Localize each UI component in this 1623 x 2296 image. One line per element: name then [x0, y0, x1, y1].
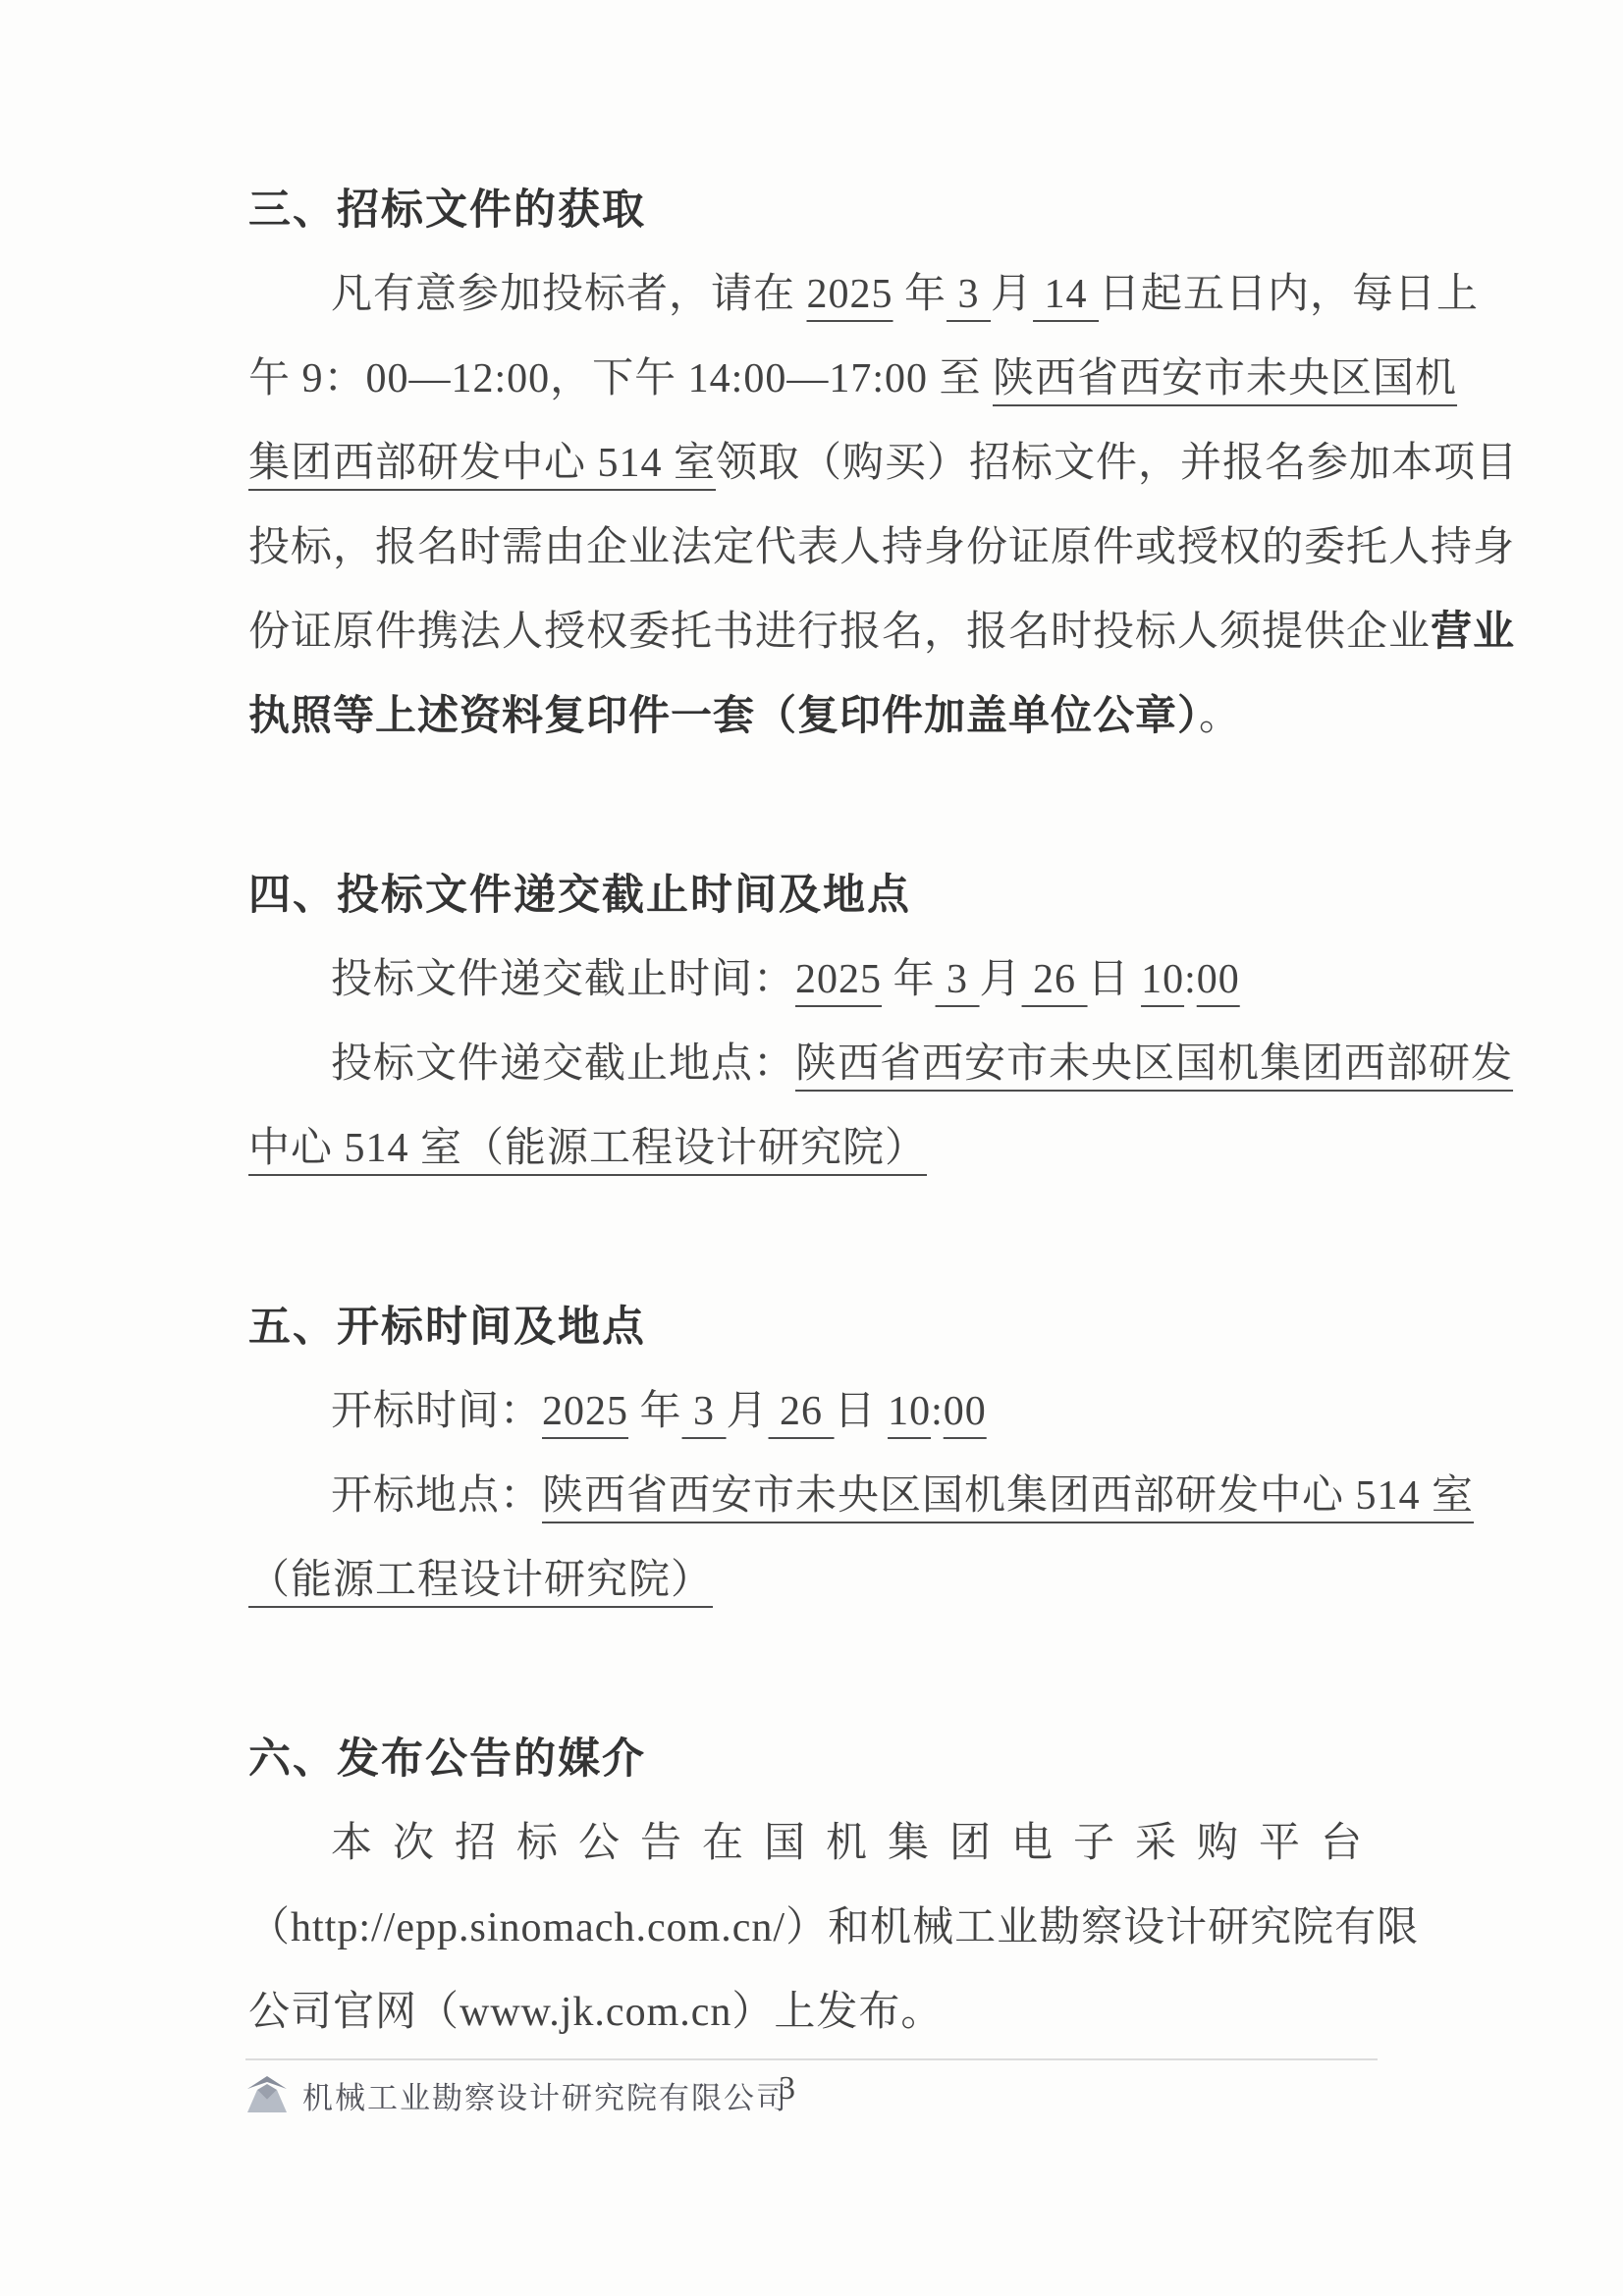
text-line: 投标文件递交截止时间：2025 年 3 月 26 日 10:00	[248, 937, 1378, 1022]
text-segment: （http://epp.sinomach.com.cn/）和机械工业勘察设计研究…	[248, 1905, 1419, 1950]
section-heading: 六、发布公告的媒介	[248, 1717, 1378, 1801]
text-line: 凡有意参加投标者，请在 2025 年 3 月 14 日起五日内，每日上	[248, 252, 1378, 337]
text-segment: :	[1184, 957, 1197, 1002]
text-segment: 领取（购买）招标文件，并报名参加本项目	[716, 441, 1518, 486]
text-segment: 开标地点：	[331, 1473, 542, 1519]
text-segment: 日起五日内，每日上	[1099, 272, 1479, 317]
text-segment: 公司官网（www.jk.com.cn）上发布。	[248, 1990, 943, 2035]
text-segment: 年	[882, 957, 936, 1002]
section-heading: 三、招标文件的获取	[248, 168, 1378, 252]
text-line: 本次招标公告在国机集团电子采购平台	[248, 1801, 1378, 1886]
underlined-text-segment: 10	[1141, 957, 1184, 1002]
text-line: 公司官网（www.jk.com.cn）上发布。	[248, 1970, 1378, 2055]
underlined-text-segment: 10	[888, 1389, 931, 1434]
text-segment: 开标时间：	[331, 1389, 542, 1434]
text-segment: 年	[628, 1389, 682, 1434]
underlined-text-segment: 3	[936, 957, 980, 1002]
page-number: 3	[779, 2070, 795, 2108]
text-line: 投标文件递交截止地点：陕西省西安市未央区国机集团西部研发	[248, 1022, 1378, 1106]
text-line: 投标，报名时需由企业法定代表人持身份证原件或授权的委托人持身	[248, 506, 1378, 590]
text-segment: 本次招标公告在国机集团电子采购平台	[331, 1821, 1382, 1866]
underlined-text-segment: 陕西省西安市未央区国机集团西部研发中心 514 室	[542, 1473, 1474, 1519]
page-footer: 机械工业勘察设计研究院有限公司 3	[245, 2058, 1378, 2120]
footer-content: 机械工业勘察设计研究院有限公司 3	[245, 2060, 1378, 2120]
text-segment: 。	[1199, 694, 1241, 739]
text-line: 开标时间：2025 年 3 月 26 日 10:00	[248, 1369, 1378, 1454]
text-segment: 投标文件递交截止时间：	[331, 957, 795, 1002]
underlined-text-segment: 中心 514 室（能源工程设计研究院）	[248, 1126, 927, 1171]
text-segment: 投标，报名时需由企业法定代表人持身份证原件或授权的委托人持身	[248, 525, 1515, 570]
underlined-text-segment: 2025	[542, 1389, 628, 1434]
text-segment: 午 9：00—12:00，下午 14:00—17:00 至	[248, 356, 993, 401]
text-segment: :	[931, 1389, 944, 1434]
text-line: 中心 514 室（能源工程设计研究院）	[248, 1106, 1378, 1191]
text-line: 份证原件携法人授权委托书进行报名，报名时投标人须提供企业营业	[248, 590, 1378, 674]
section-4: 六、发布公告的媒介本次招标公告在国机集团电子采购平台（http://epp.si…	[248, 1717, 1378, 2055]
underlined-text-segment: 陕西省西安市未央区国机	[993, 356, 1457, 401]
text-segment: 投标文件递交截止地点：	[331, 1041, 795, 1087]
text-segment: 凡有意参加投标者，请在	[331, 272, 807, 317]
text-segment: 日	[1088, 957, 1142, 1002]
text-segment: 月	[727, 1389, 769, 1434]
underlined-text-segment: 2025	[807, 272, 893, 317]
section-3: 五、开标时间及地点开标时间：2025 年 3 月 26 日 10:00开标地点：…	[248, 1285, 1378, 1623]
underlined-text-segment: （能源工程设计研究院）	[248, 1558, 713, 1603]
footer-company-name: 机械工业勘察设计研究院有限公司	[302, 2073, 788, 2117]
underlined-text-segment: 陕西省西安市未央区国机集团西部研发	[795, 1041, 1513, 1087]
text-segment: 年	[893, 272, 947, 317]
document-body: 三、招标文件的获取凡有意参加投标者，请在 2025 年 3 月 14 日起五日内…	[248, 0, 1378, 2055]
section-heading: 四、投标文件递交截止时间及地点	[248, 853, 1378, 937]
text-line: 午 9：00—12:00，下午 14:00—17:00 至 陕西省西安市未央区国…	[248, 337, 1378, 421]
text-line: （http://epp.sinomach.com.cn/）和机械工业勘察设计研究…	[248, 1886, 1378, 1970]
text-line: 集团西部研发中心 514 室领取（购买）招标文件，并报名参加本项目	[248, 421, 1378, 506]
underlined-text-segment: 3	[682, 1389, 727, 1434]
text-segment: 日	[835, 1389, 889, 1434]
section-1: 三、招标文件的获取凡有意参加投标者，请在 2025 年 3 月 14 日起五日内…	[248, 168, 1378, 759]
text-line: 开标地点：陕西省西安市未央区国机集团西部研发中心 514 室	[248, 1454, 1378, 1538]
section-2: 四、投标文件递交截止时间及地点投标文件递交截止时间：2025 年 3 月 26 …	[248, 853, 1378, 1191]
underlined-text-segment: 00	[944, 1389, 987, 1434]
text-segment: 月	[980, 957, 1022, 1002]
underlined-text-segment: 3	[947, 272, 991, 317]
section-heading: 五、开标时间及地点	[248, 1285, 1378, 1369]
company-logo-icon	[245, 2075, 289, 2114]
bold-text-segment: 营业	[1431, 610, 1515, 655]
text-line: 执照等上述资料复印件一套（复印件加盖单位公章）。	[248, 674, 1378, 759]
text-line: （能源工程设计研究院）	[248, 1538, 1378, 1623]
underlined-text-segment: 2025	[795, 957, 882, 1002]
document-page: 三、招标文件的获取凡有意参加投标者，请在 2025 年 3 月 14 日起五日内…	[0, 0, 1623, 2296]
underlined-text-segment: 00	[1197, 957, 1240, 1002]
underlined-text-segment: 26	[769, 1389, 835, 1434]
text-segment: 份证原件携法人授权委托书进行报名，报名时投标人须提供企业	[248, 610, 1431, 655]
text-segment: 月	[991, 272, 1033, 317]
underlined-text-segment: 14	[1033, 272, 1099, 317]
underlined-text-segment: 26	[1022, 957, 1088, 1002]
bold-text-segment: 执照等上述资料复印件一套（复印件加盖单位公章）	[248, 694, 1199, 739]
underlined-text-segment: 集团西部研发中心 514 室	[248, 441, 716, 486]
